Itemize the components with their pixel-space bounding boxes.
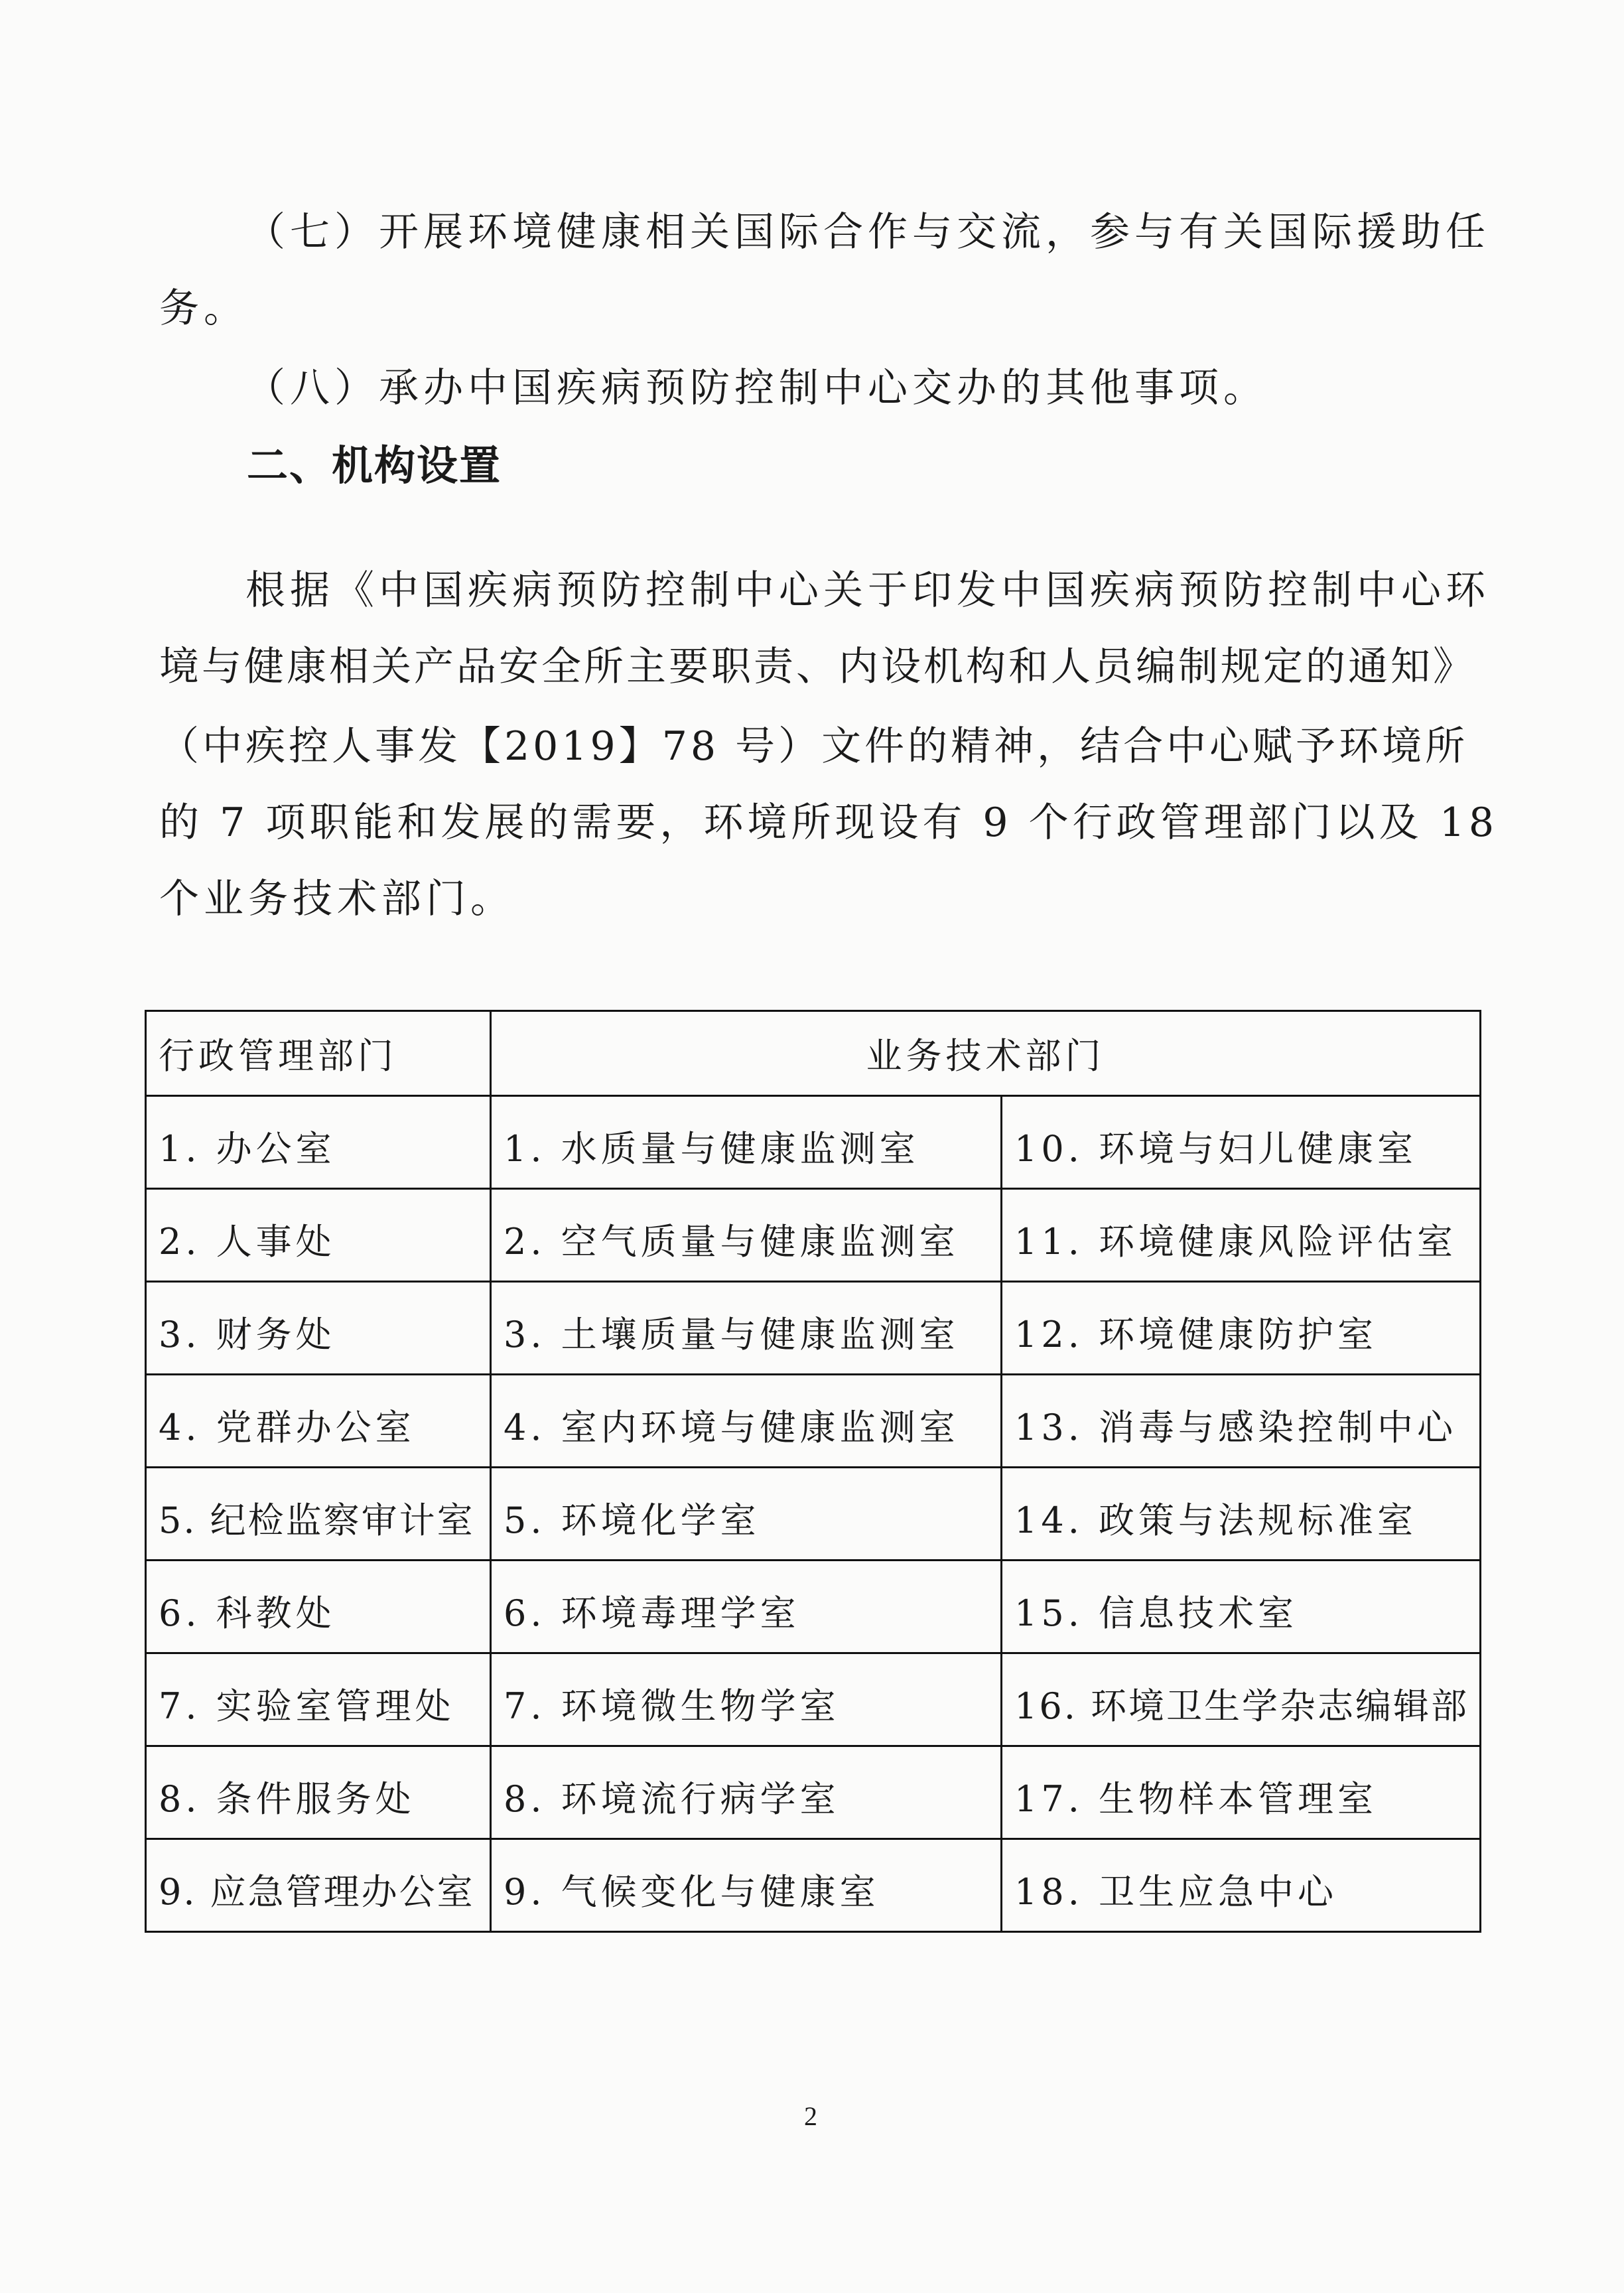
paragraph-item-7-line-1: （七）开展环境健康相关国际合作与交流，参与有关国际援助任 (245, 206, 1490, 259)
table-row: 8. 条件服务处 8. 环境流行病学室 17. 生物样本管理室 (146, 1746, 1481, 1839)
table-row: 1. 办公室 1. 水质量与健康监测室 10. 环境与妇儿健康室 (146, 1096, 1481, 1189)
tech-dept-cell: 2. 空气质量与健康监测室 (491, 1189, 1002, 1282)
section-heading: 二、机构设置 (247, 439, 502, 492)
admin-dept-cell: 4. 党群办公室 (146, 1375, 491, 1468)
paragraph-item-8: （八）承办中国疾病预防控制中心交办的其他事项。 (245, 362, 1268, 415)
page-number: 2 (804, 2101, 817, 2132)
table-header-row: 行政管理部门 业务技术部门 (146, 1011, 1481, 1096)
table-row: 9. 应急管理办公室 9. 气候变化与健康室 18. 卫生应急中心 (146, 1839, 1481, 1932)
tech-dept-cell: 13. 消毒与感染控制中心 (1002, 1375, 1481, 1468)
tech-dept-cell: 10. 环境与妇儿健康室 (1002, 1096, 1481, 1189)
paragraph-item-7-line-2: 务。 (159, 282, 248, 335)
tech-dept-cell: 11. 环境健康风险评估室 (1002, 1189, 1481, 1282)
admin-dept-cell: 2. 人事处 (146, 1189, 491, 1282)
tech-dept-cell: 14. 政策与法规标准室 (1002, 1468, 1481, 1561)
section-body-line-2: 境与健康相关产品安全所主要职责、内设机构和人员编制规定的通知》 (159, 640, 1475, 693)
table-row: 6. 科教处 6. 环境毒理学室 15. 信息技术室 (146, 1561, 1481, 1653)
admin-dept-cell: 5. 纪检监察审计室 (146, 1468, 491, 1561)
table-row: 7. 实验室管理处 7. 环境微生物学室 16. 环境卫生学杂志编辑部 (146, 1653, 1481, 1746)
tech-dept-cell: 6. 环境毒理学室 (491, 1561, 1002, 1653)
tech-dept-cell: 12. 环境健康防护室 (1002, 1282, 1481, 1375)
tech-dept-cell: 16. 环境卫生学杂志编辑部 (1002, 1653, 1481, 1746)
table-row: 5. 纪检监察审计室 5. 环境化学室 14. 政策与法规标准室 (146, 1468, 1481, 1561)
admin-dept-cell: 6. 科教处 (146, 1561, 491, 1653)
tech-dept-cell: 7. 环境微生物学室 (491, 1653, 1002, 1746)
tech-dept-cell: 15. 信息技术室 (1002, 1561, 1481, 1653)
section-body-line-3: （中疾控人事发【2019】78 号）文件的精神，结合中心赋予环境所 (159, 720, 1468, 773)
table-row: 4. 党群办公室 4. 室内环境与健康监测室 13. 消毒与感染控制中心 (146, 1375, 1481, 1468)
header-technical-departments: 业务技术部门 (491, 1011, 1481, 1096)
tech-dept-cell: 4. 室内环境与健康监测室 (491, 1375, 1002, 1468)
department-table: 行政管理部门 业务技术部门 1. 办公室 1. 水质量与健康监测室 10. 环境… (145, 1010, 1481, 1933)
section-body-line-5: 个业务技术部门。 (159, 872, 515, 926)
tech-dept-cell: 9. 气候变化与健康室 (491, 1839, 1002, 1932)
tech-dept-cell: 8. 环境流行病学室 (491, 1746, 1002, 1839)
header-admin-departments: 行政管理部门 (146, 1011, 491, 1096)
section-body-line-4: 的 7 项职能和发展的需要，环境所现设有 9 个行政管理部门以及 18 (159, 796, 1498, 849)
admin-dept-cell: 7. 实验室管理处 (146, 1653, 491, 1746)
admin-dept-cell: 1. 办公室 (146, 1096, 491, 1189)
table-row: 3. 财务处 3. 土壤质量与健康监测室 12. 环境健康防护室 (146, 1282, 1481, 1375)
tech-dept-cell: 1. 水质量与健康监测室 (491, 1096, 1002, 1189)
section-body-line-1: 根据《中国疾病预防控制中心关于印发中国疾病预防控制中心环 (245, 564, 1490, 617)
tech-dept-cell: 5. 环境化学室 (491, 1468, 1002, 1561)
tech-dept-cell: 17. 生物样本管理室 (1002, 1746, 1481, 1839)
admin-dept-cell: 3. 财务处 (146, 1282, 491, 1375)
table-row: 2. 人事处 2. 空气质量与健康监测室 11. 环境健康风险评估室 (146, 1189, 1481, 1282)
tech-dept-cell: 3. 土壤质量与健康监测室 (491, 1282, 1002, 1375)
tech-dept-cell: 18. 卫生应急中心 (1002, 1839, 1481, 1932)
admin-dept-cell: 9. 应急管理办公室 (146, 1839, 491, 1932)
admin-dept-cell: 8. 条件服务处 (146, 1746, 491, 1839)
